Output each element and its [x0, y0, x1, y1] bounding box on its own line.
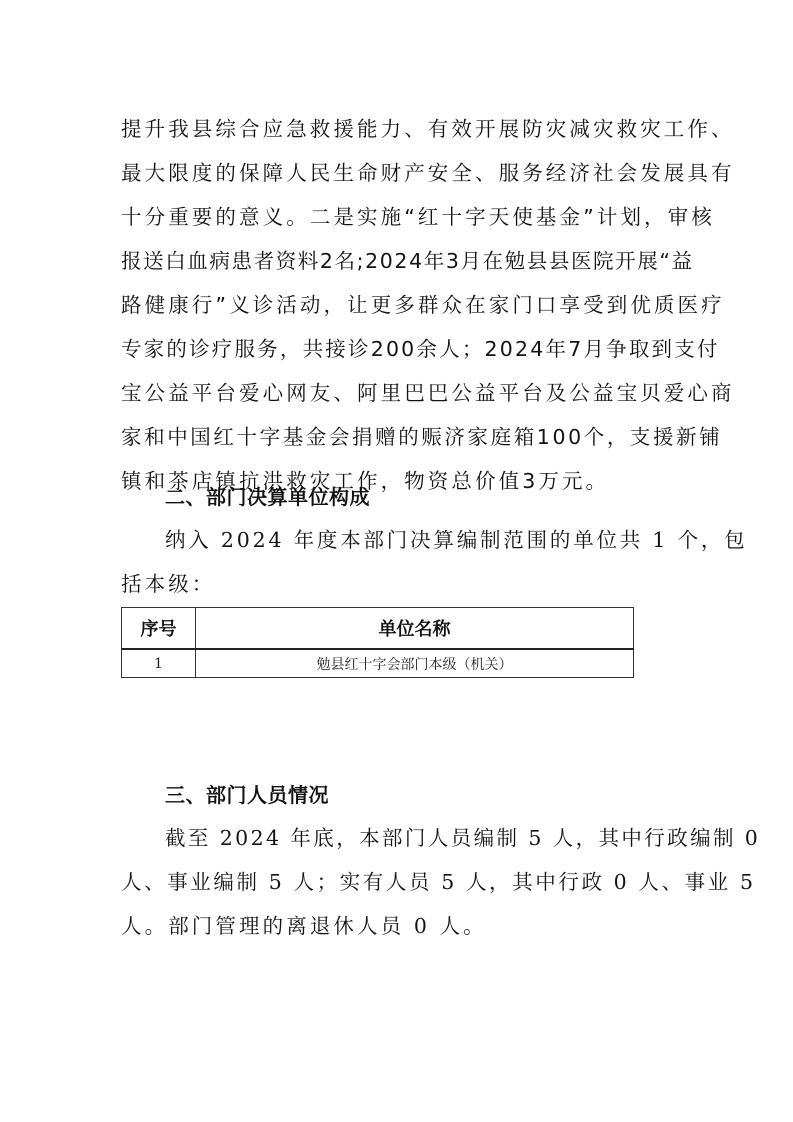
paragraph-line: 人。部门管理的离退休人员 0 人。 — [121, 914, 487, 938]
paragraph-line: 家和中国红十字基金会捐赠的赈济家庭箱100个，支援新铺 — [121, 425, 722, 449]
table-row: 1 勉县红十字会部门本级（机关） — [122, 649, 634, 678]
paragraph-line: 提升我县综合应急救援能力、有效开展防灾减灾救灾工作、 — [121, 117, 735, 141]
cell-index: 1 — [122, 649, 196, 678]
header-index: 序号 — [122, 608, 196, 650]
table-header-row: 序号 单位名称 — [122, 608, 634, 650]
paragraph-line: 括本级： — [121, 572, 215, 596]
document-page: 提升我县综合应急救援能力、有效开展防灾减灾救灾工作、 最大限度的保障人民生命财产… — [0, 0, 793, 1122]
paragraph-line: 报送白血病患者资料2名;2024年3月在勉县县医院开展“益 — [121, 249, 694, 273]
paragraph-line: 专家的诊疗服务，共接诊200余人；2024年7月争取到支付 — [121, 337, 720, 361]
paragraph-line: 宝公益平台爱心网友、阿里巴巴公益平台及公益宝贝爱心商 — [121, 381, 735, 405]
header-unit-name: 单位名称 — [196, 608, 634, 650]
paragraph-line: 截至 2024 年底，本部门人员编制 5 人，其中行政编制 0 — [165, 826, 760, 850]
section-heading: 三、部门人员情况 — [165, 783, 329, 807]
paragraph-line: 最大限度的保障人民生命财产安全、服务经济社会发展具有 — [121, 161, 735, 185]
unit-table: 序号 单位名称 1 勉县红十字会部门本级（机关） — [121, 607, 634, 678]
paragraph-line: 人、事业编制 5 人；实有人员 5 人，其中行政 0 人、事业 5 — [121, 870, 756, 894]
paragraph-line: 纳入 2024 年度本部门决算编制范围的单位共 1 个，包 — [165, 528, 747, 552]
paragraph-line: 路健康行”义诊活动，让更多群众在家门口享受到优质医疗 — [121, 293, 725, 317]
paragraph-line: 十分重要的意义。二是实施“红十字天使基金”计划，审核 — [121, 205, 715, 229]
cell-unit-name: 勉县红十字会部门本级（机关） — [196, 649, 634, 678]
section-heading: 二、部门决算单位构成 — [165, 485, 370, 509]
